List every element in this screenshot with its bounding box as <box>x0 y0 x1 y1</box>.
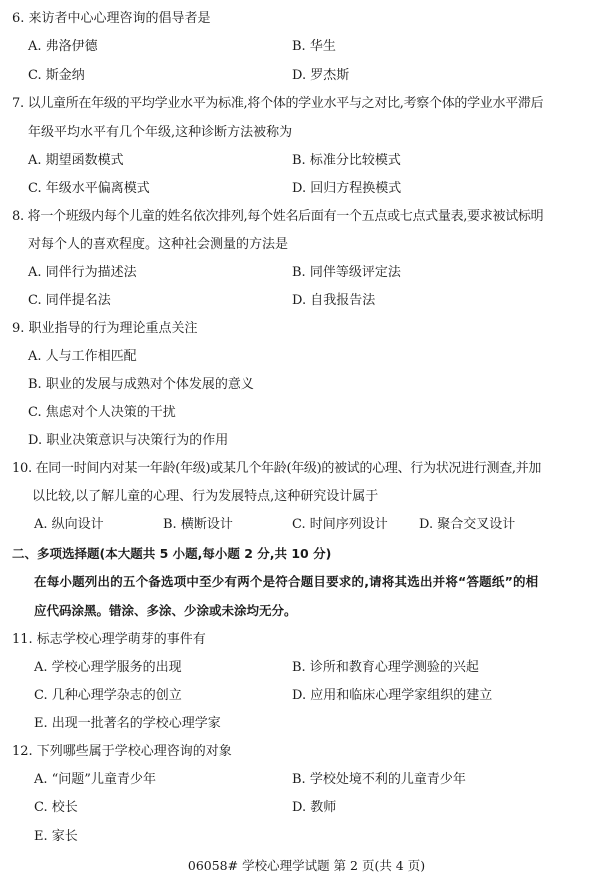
q12-option-a: A. “问题”儿童青少年 <box>34 770 156 790</box>
question-7-stem-line2: 年级平均水平有几个年级,这种诊断方法被称为 <box>28 123 292 143</box>
q12-option-e: E. 家长 <box>34 827 78 847</box>
q7-option-d: D. 回归方程换模式 <box>292 179 401 199</box>
q6-option-a: A. 弗洛伊德 <box>28 37 98 57</box>
question-7-stem-line1: 7. 以儿童所在年级的平均学业水平为标准,将个体的学业水平与之对比,考察个体的学… <box>12 94 543 114</box>
q9-option-b: B. 职业的发展与成熟对个体发展的意义 <box>28 375 254 395</box>
q12-option-d: D. 教师 <box>292 798 336 818</box>
question-8-stem-line2: 对每个人的喜欢程度。这种社会测量的方法是 <box>28 235 288 255</box>
q9-option-d: D. 职业决策意识与决策行为的作用 <box>28 431 228 451</box>
q7-option-c: C. 年级水平偏离模式 <box>28 179 150 199</box>
q6-option-b: B. 华生 <box>292 37 336 57</box>
q8-option-d: D. 自我报告法 <box>292 291 375 311</box>
q10-option-b: B. 横断设计 <box>163 515 233 535</box>
q9-option-c: C. 焦虑对个人决策的干扰 <box>28 403 176 423</box>
question-12-stem: 12. 下列哪些属于学校心理咨询的对象 <box>12 742 232 762</box>
q12-option-c: C. 校长 <box>34 798 78 818</box>
q11-option-c: C. 几种心理学杂志的创立 <box>34 686 182 706</box>
question-10-stem-line1: 10. 在同一时间内对某一年龄(年级)或某几个年龄(年级)的被试的心理、行为状况… <box>12 459 541 479</box>
section-2-instruction-line1: 在每小题列出的五个备选项中至少有两个是符合题目要求的,请将其选出并将“答题纸”的… <box>34 572 538 592</box>
section-2-heading: 二、多项选择题(本大题共 5 小题,每小题 2 分,共 10 分) <box>12 544 331 564</box>
q11-option-e: E. 出现一批著名的学校心理学家 <box>34 714 221 734</box>
q11-option-b: B. 诊所和教育心理学测验的兴起 <box>292 658 479 678</box>
question-11-stem: 11. 标志学校心理学萌芽的事件有 <box>12 630 206 650</box>
section-2-instruction-line2: 应代码涂黑。错涂、多涂、少涂或未涂均无分。 <box>34 601 297 621</box>
q12-option-b: B. 学校处境不利的儿童青少年 <box>292 770 466 790</box>
q8-option-a: A. 同伴行为描述法 <box>28 263 137 283</box>
q7-option-a: A. 期望函数模式 <box>28 151 124 171</box>
q9-option-a: A. 人与工作相匹配 <box>28 347 137 367</box>
page-footer: 06058# 学校心理学试题 第 2 页(共 4 页) <box>0 856 613 876</box>
question-8-stem-line1: 8. 将一个班级内每个儿童的姓名依次排列,每个姓名后面有一个五点或七点式量表,要… <box>12 207 543 227</box>
question-9-stem: 9. 职业指导的行为理论重点关注 <box>12 319 198 339</box>
question-6-stem: 6. 来访者中心心理咨询的倡导者是 <box>12 9 211 29</box>
q10-option-d: D. 聚合交叉设计 <box>419 515 515 535</box>
q8-option-b: B. 同伴等级评定法 <box>292 263 401 283</box>
q6-option-d: D. 罗杰斯 <box>292 66 349 86</box>
q10-option-c: C. 时间序列设计 <box>292 515 388 535</box>
q11-option-a: A. 学校心理学服务的出现 <box>34 658 182 678</box>
q10-option-a: A. 纵向设计 <box>34 515 104 535</box>
q6-option-c: C. 斯金纳 <box>28 66 85 86</box>
question-10-stem-line2: 以比较,以了解儿童的心理、行为发展特点,这种研究设计属于 <box>32 487 378 507</box>
q7-option-b: B. 标准分比较模式 <box>292 151 401 171</box>
q8-option-c: C. 同伴提名法 <box>28 291 111 311</box>
q11-option-d: D. 应用和临床心理学家组织的建立 <box>292 686 492 706</box>
